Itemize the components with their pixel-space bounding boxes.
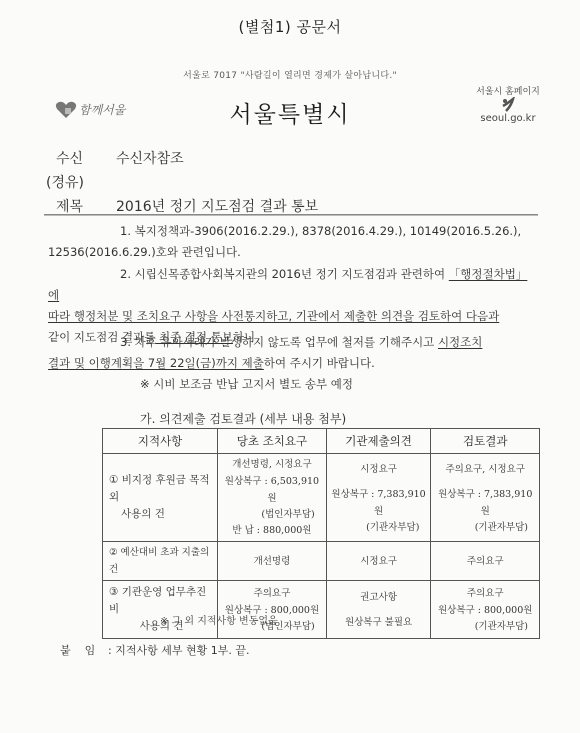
paragraph-1: 1. 복지정책과-3906(2016.2.29.), 8378(2016.4.2… (48, 221, 538, 263)
subject-value: 2016년 정기 지도점검 결과 통보 (116, 196, 318, 216)
subject-row: 제목2016년 정기 지도점검 결과 통보 (46, 196, 318, 216)
result-cell: 주의요구 (431, 542, 540, 581)
seoul-homepage-logo: 서울시 홈페이지 seoul.go.kr (458, 84, 558, 136)
attachment-label: (별첨1) 공문서 (0, 16, 580, 37)
col-review-result: 검토결과 (431, 429, 540, 454)
table-row: ② 예산대비 초과 지출의 건 개선명령 시정요구 주의요구 (103, 542, 540, 581)
submitted-cell: 시정요구 (326, 542, 431, 581)
via-label: (경유) (46, 172, 116, 192)
table-row: ① 비지정 후원금 목적외 사용의 건 개선명령, 시정요구 원상복구 : 6,… (103, 454, 540, 542)
seoul-symbol-icon (501, 97, 517, 113)
recipient-value: 수신자참조 (116, 148, 184, 168)
p1-line2: 12536(2016.6.29.)호와 관련입니다. (48, 242, 538, 263)
original-cell: 주의요구 원상복구 : 800,000원 (법인자부담) (218, 581, 327, 639)
via-row: (경유) (46, 172, 116, 192)
table-header-row: 지적사항 당초 조치요구 기관제출의견 검토결과 (103, 429, 540, 454)
p2-text-a: 2. 시립신목종합사회복지관의 2016년 정기 지도점검과 관련하여 (120, 267, 449, 281)
homepage-label: 서울시 홈페이지 (458, 84, 558, 97)
issue-cell: ② 예산대비 초과 지출의 건 (103, 542, 218, 581)
refund-note: ※ 시비 보조금 반납 고지서 별도 송부 예정 (48, 374, 538, 395)
attachment-line: 붙 임: 지적사항 세부 현황 1부. 끝. (60, 642, 249, 658)
homepage-url[interactable]: seoul.go.kr (458, 113, 558, 124)
result-cell: 주의요구 원상복구 : 800,000원 (기관자부담) (431, 581, 540, 639)
p3-corrective: 시정조치 (438, 335, 482, 349)
submitted-cell: 시정요구 원상복구 : 7,383,910원 (기관자부담) (326, 454, 431, 542)
subject-label: 제목 (46, 196, 116, 216)
attachment-value: : 지적사항 세부 현황 1부. 끝. (108, 644, 249, 657)
col-original-request: 당초 조치요구 (218, 429, 327, 454)
original-cell: 개선명령 (218, 542, 327, 581)
issue-cell: ③ 기관운영 업무추진비 사용의 건 (103, 581, 218, 639)
table-row: ③ 기관운영 업무추진비 사용의 건 주의요구 원상복구 : 800,000원 … (103, 581, 540, 639)
p3-deadline: 결과 및 이행계획을 7월 22일(금)까지 제출 (48, 356, 264, 370)
attachment-key: 붙 임 (60, 642, 108, 658)
header-divider (44, 214, 538, 216)
issue-cell: ① 비지정 후원금 목적외 사용의 건 (103, 454, 218, 542)
original-cell: 개선명령, 시정요구 원상복구 : 6,503,910원 (법인자부담) 반 납… (218, 454, 327, 542)
review-section-title: 가. 의견제출 검토결과 (세부 내용 첨부) (140, 410, 346, 427)
col-submitted-opinion: 기관제출의견 (326, 429, 431, 454)
p3-text-a: 3. 차후 유사사례가 발생하지 않도록 업무에 철저를 기해주시고 (120, 335, 438, 349)
submitted-cell: 권고사항 원상복구 불필요 (326, 581, 431, 639)
p2-line2: 따라 행정처분 및 조치요구 사항을 사전통지하고, 기관에서 제출한 의견을 … (48, 306, 538, 327)
p3-text-d: 하여 주시기 바랍니다. (264, 356, 375, 370)
col-issue: 지적사항 (103, 429, 218, 454)
recipient-label: 수신 (46, 148, 116, 168)
result-cell: 주의요구, 시정요구 원상복구 : 7,383,910원 (기관자부담) (431, 454, 540, 542)
review-table: 지적사항 당초 조치요구 기관제출의견 검토결과 ① 비지정 후원금 목적외 사… (102, 428, 540, 639)
paragraph-3: 3. 차후 유사사례가 발생하지 않도록 업무에 철저를 기해주시고 시정조치 … (48, 332, 538, 395)
table-footnote: ※ 그 외 지적사항 변동없음 (160, 612, 278, 627)
p1-line1: 1. 복지정책과-3906(2016.2.29.), 8378(2016.4.2… (120, 224, 521, 238)
recipient-row: 수신수신자참조 (46, 148, 184, 168)
slogan: 서울로 7017 "사람길이 열리면 경제가 살아납니다." (0, 68, 580, 81)
